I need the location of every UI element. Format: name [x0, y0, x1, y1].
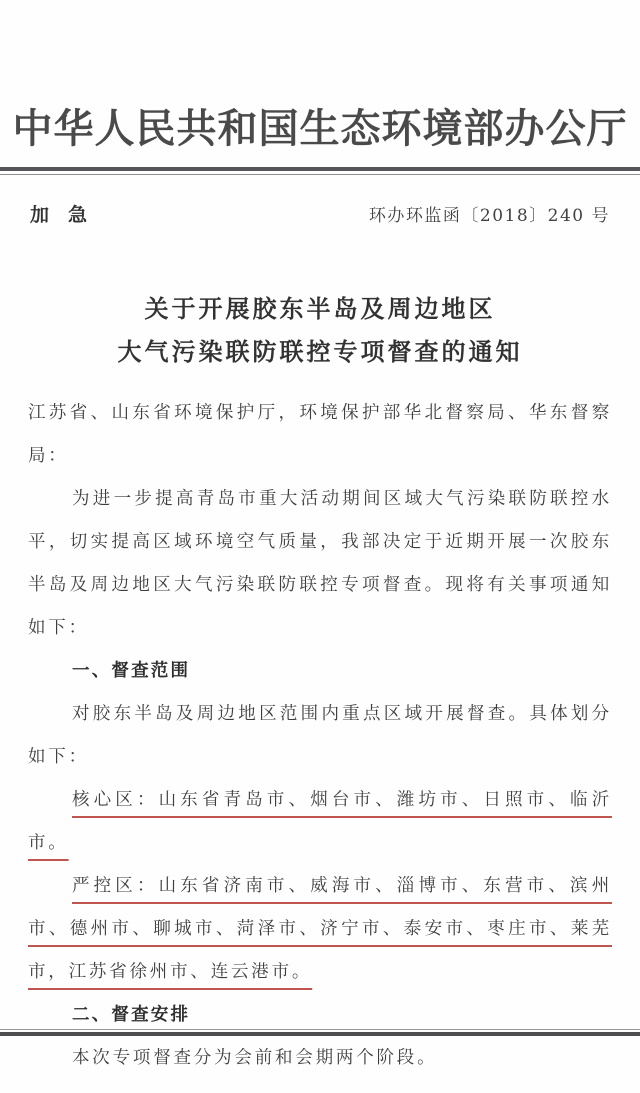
- header-divider-thin-line: [0, 174, 640, 175]
- intro-paragraph: 为进一步提高青岛市重大活动期间区域大气污染联防联控水平，切实提高区域环境空气质量…: [28, 478, 612, 650]
- urgency-label: 加 急: [30, 200, 87, 227]
- document-number: 环办环监函〔2018〕240 号: [369, 201, 610, 226]
- header-divider-thick-line: [0, 167, 640, 171]
- header-divider: [0, 167, 640, 175]
- meta-row: 加 急 环办环监函〔2018〕240 号: [0, 200, 640, 227]
- section1-heading: 一、督查范围: [28, 650, 612, 693]
- footer-divider: [0, 1029, 640, 1036]
- section1-intro: 对胶东半岛及周边地区范围内重点区域开展督查。具体划分如下：: [28, 693, 612, 779]
- notice-title: 关于开展胶东半岛及周边地区 大气污染联防联控专项督查的通知: [0, 287, 640, 373]
- strict-zone-paragraph: 严控区：山东省济南市、威海市、淄博市、东营市、滨州市、德州市、聊城市、菏泽市、济…: [28, 865, 612, 994]
- notice-title-line2: 大气污染联防联控专项督查的通知: [0, 330, 640, 373]
- document-page: 中华人民共和国生态环境部办公厅 加 急 环办环监函〔2018〕240 号 关于开…: [0, 0, 640, 1093]
- document-body: 江苏省、山东省环境保护厅，环境保护部华北督察局、华东督察局： 为进一步提高青岛市…: [0, 392, 640, 1080]
- core-zone-paragraph: 核心区：山东省青岛市、烟台市、潍坊市、日照市、临沂市。: [28, 779, 612, 865]
- strict-zone-underlined-text: 严控区：山东省济南市、威海市、淄博市、东营市、滨州市、德州市、聊城市、菏泽市、济…: [28, 876, 612, 982]
- footer-divider-thin-line: [0, 1029, 640, 1030]
- core-zone-underlined-text: 核心区：山东省青岛市、烟台市、潍坊市、日照市、临沂市。: [28, 790, 612, 853]
- section2-body: 本次专项督查分为会前和会期两个阶段。: [28, 1037, 612, 1080]
- salutation: 江苏省、山东省环境保护厅，环境保护部华北督察局、华东督察局：: [28, 392, 612, 478]
- footer-divider-thick-line: [0, 1032, 640, 1036]
- masthead-title: 中华人民共和国生态环境部办公厅: [0, 0, 640, 156]
- notice-title-line1: 关于开展胶东半岛及周边地区: [0, 287, 640, 330]
